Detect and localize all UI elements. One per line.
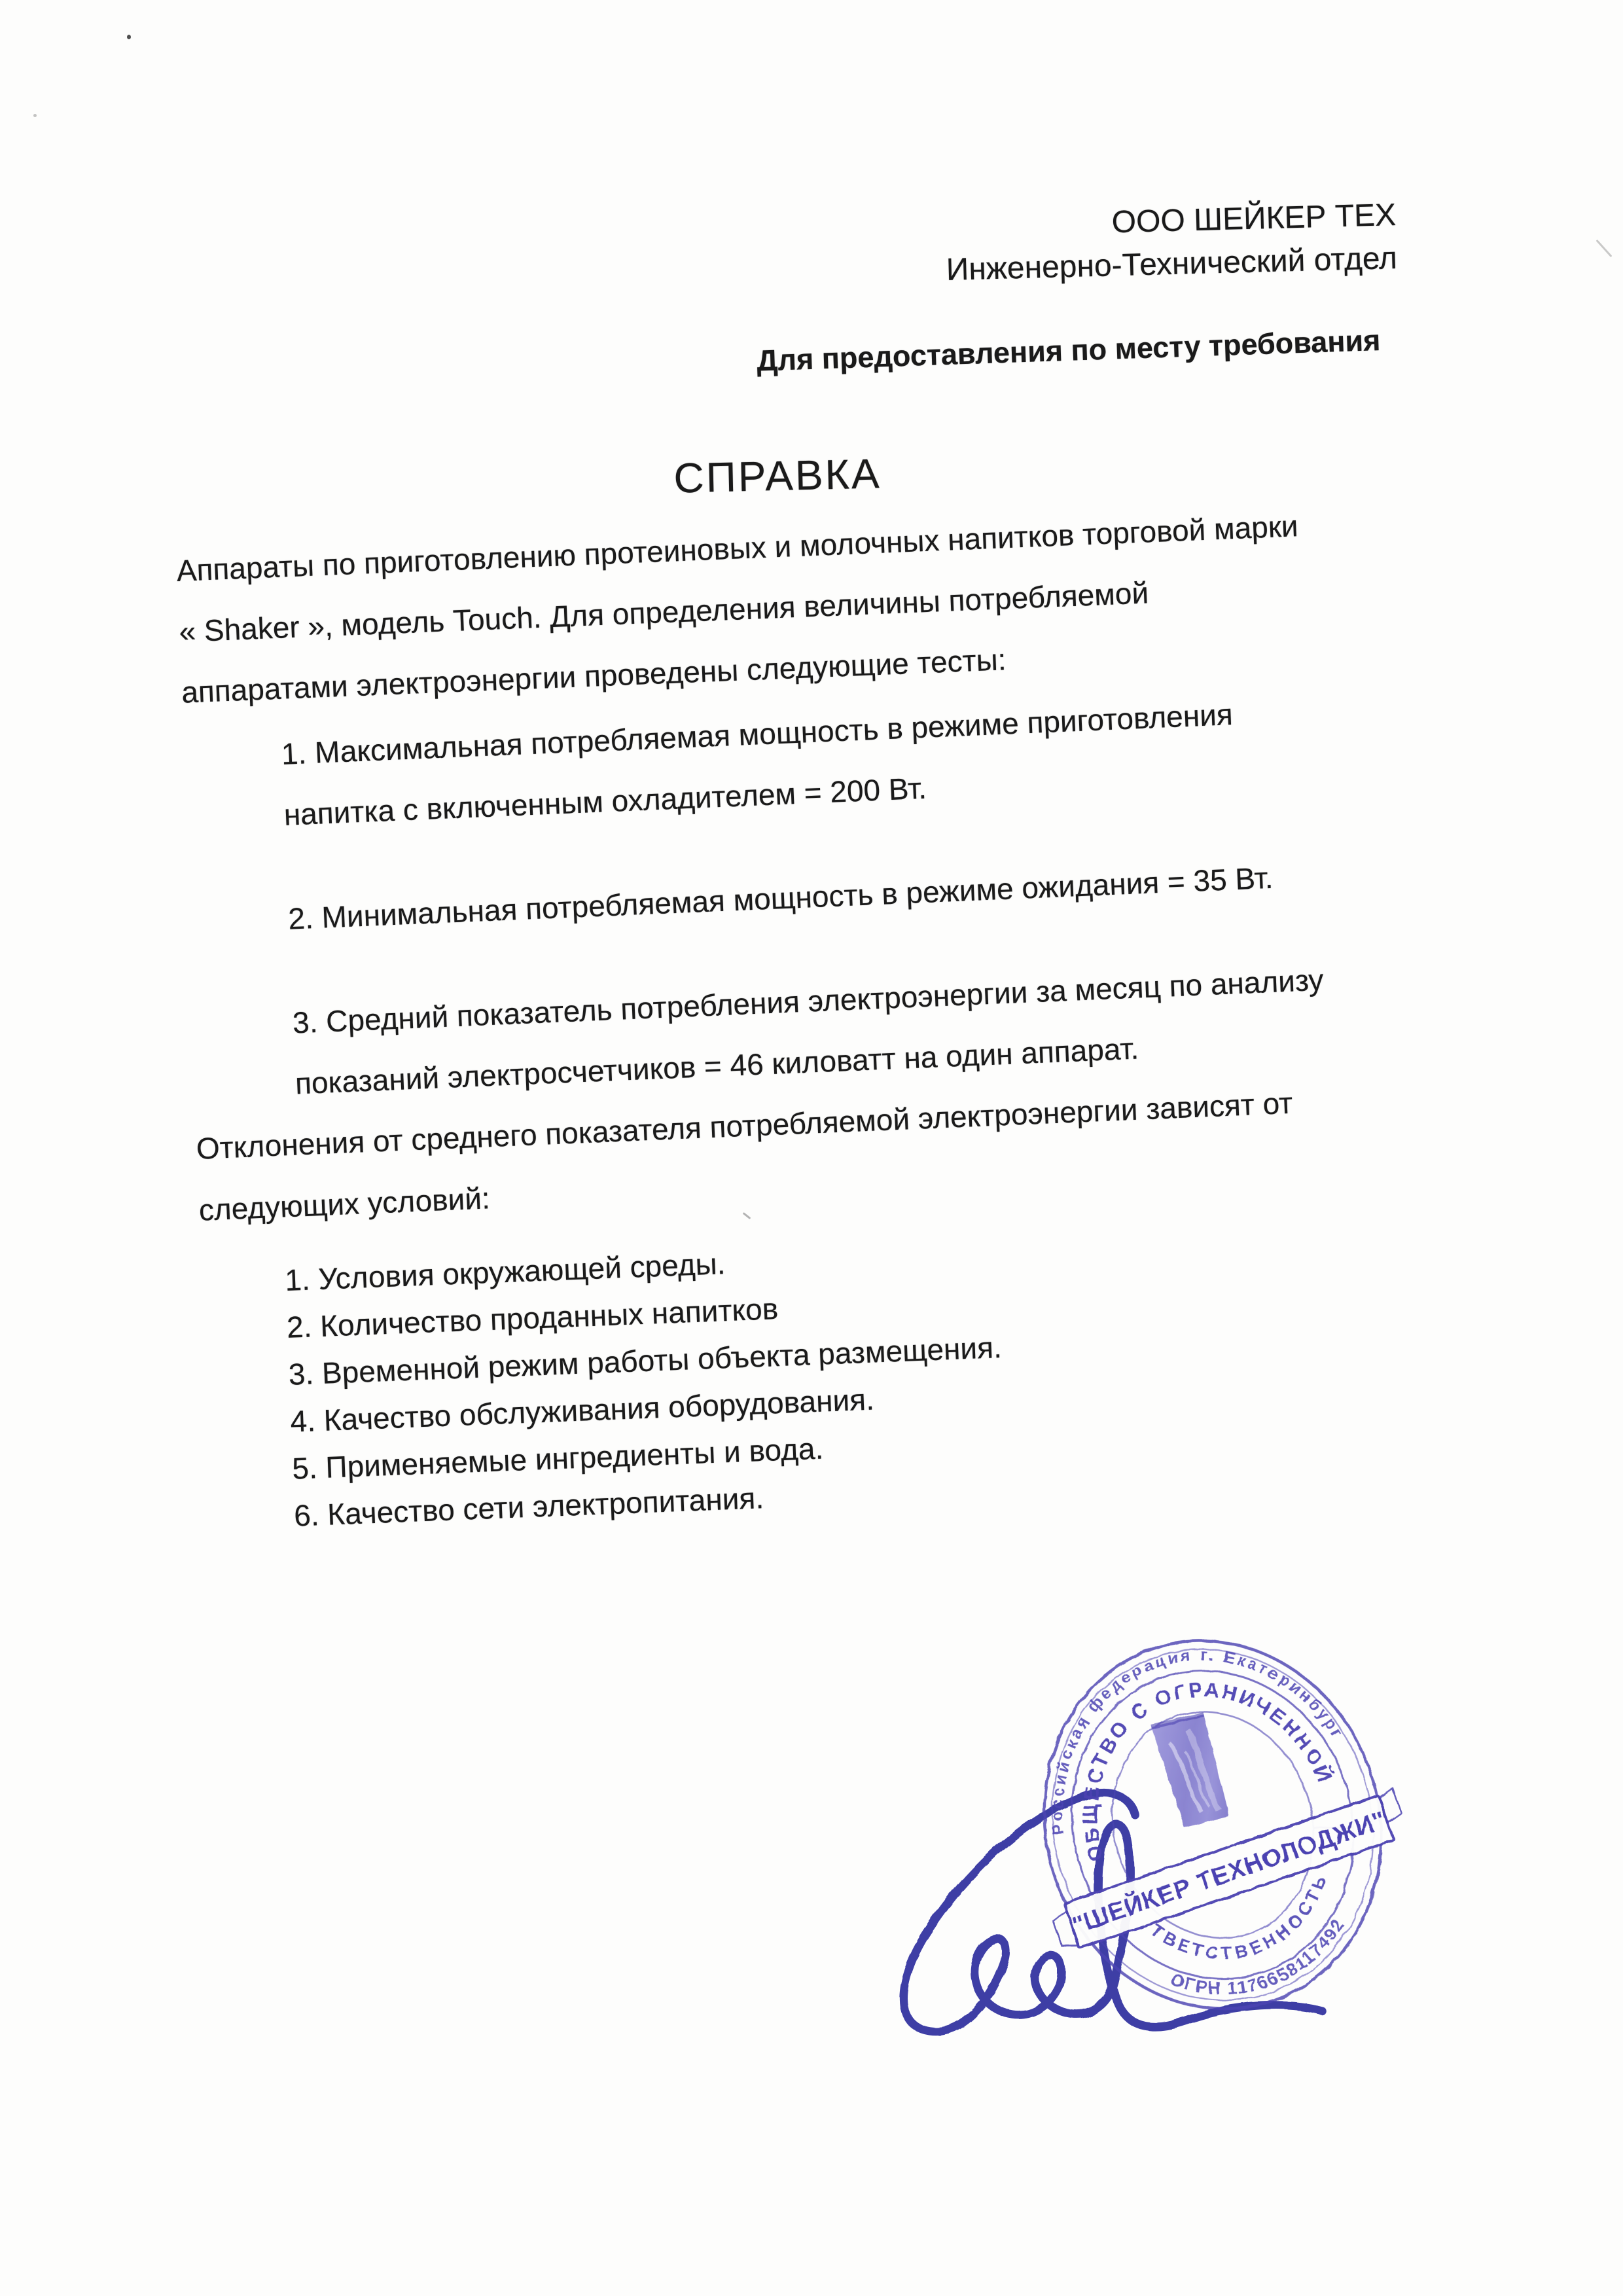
stamp-banner: "ШЕЙКЕР ТЕХНОЛОДЖИ" [1048, 1788, 1408, 1953]
stamp-banner-text: "ШЕЙКЕР ТЕХНОЛОДЖИ" [1068, 1804, 1390, 1940]
document-title: СПРАВКА [673, 449, 882, 502]
conditions-list: 1. Условия окружающей среды. 2. Количест… [284, 1229, 1008, 1539]
shaker-cup-icon [1150, 1710, 1238, 1831]
scan-speck [33, 114, 37, 117]
header-block: ООО ШЕЙКЕР ТЕХ Инженерно-Технический отд… [944, 194, 1398, 292]
list-item-line: 2. Минимальная потребляемая мощность в р… [287, 846, 1321, 950]
scan-speck [127, 35, 131, 39]
document-page: ООО ШЕЙКЕР ТЕХ Инженерно-Технический отд… [0, 0, 1623, 2296]
scan-pencil-mark [1596, 240, 1613, 257]
list-item: 2. Минимальная потребляемая мощность в р… [287, 846, 1321, 950]
purpose-line: Для предоставления по месту требования [756, 323, 1381, 378]
